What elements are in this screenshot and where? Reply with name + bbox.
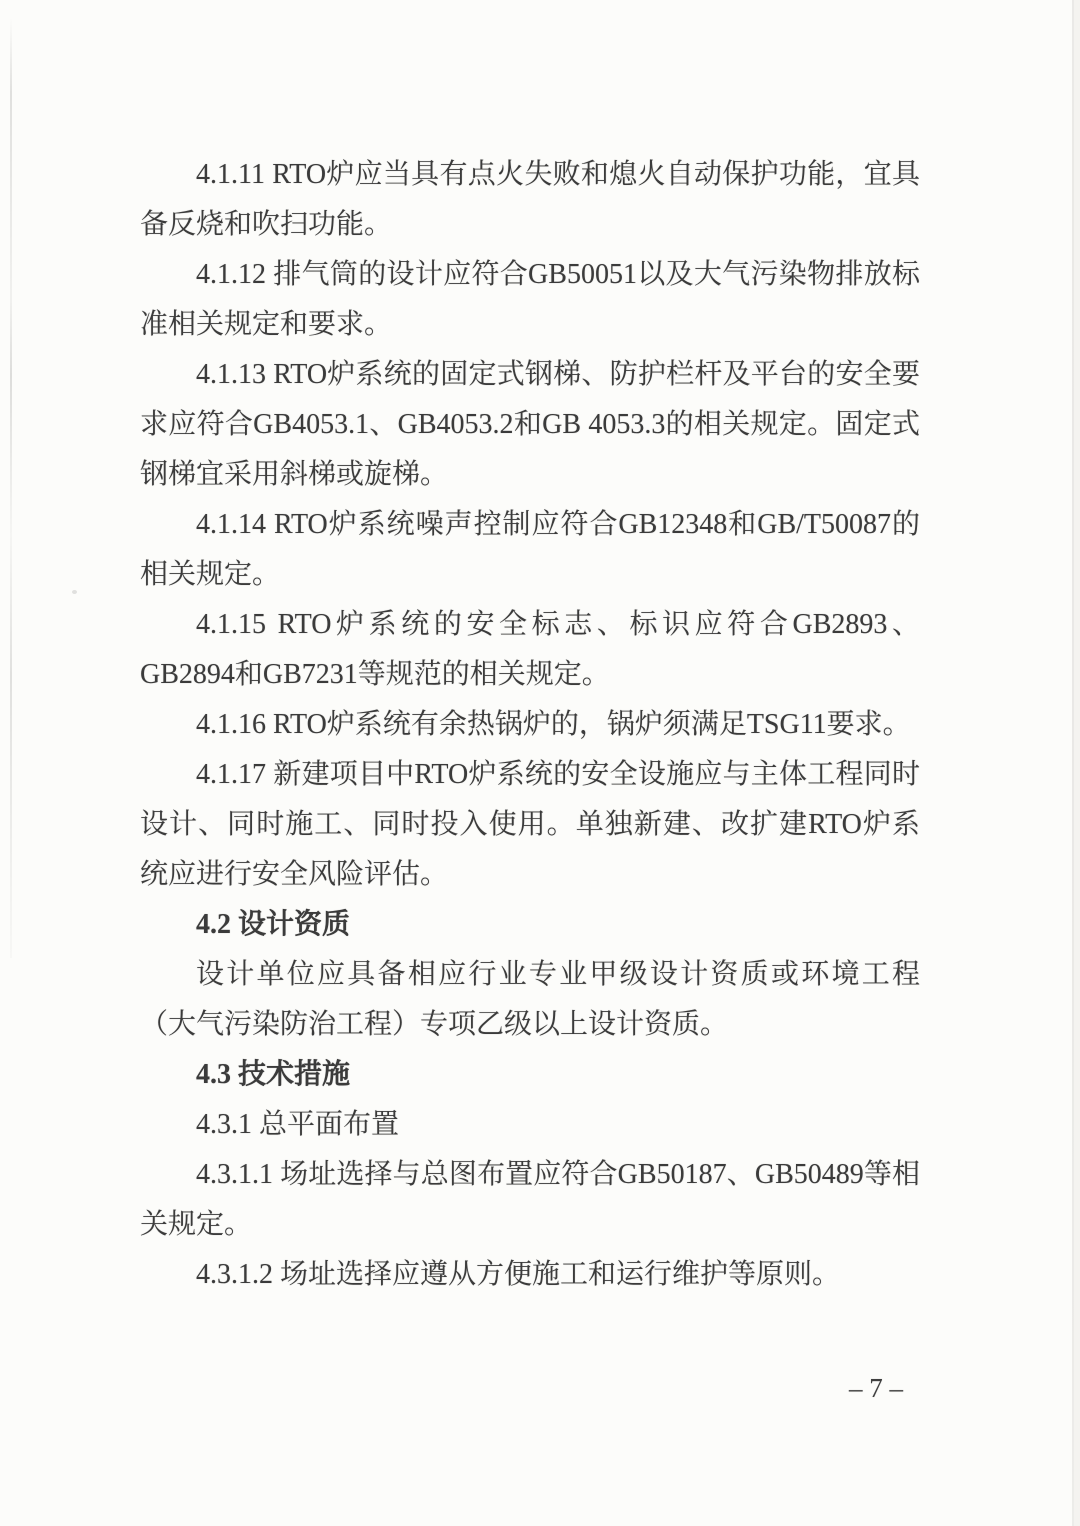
scan-artifact-left-line [10,18,12,958]
document-content: 4.1.11 RTO炉应当具有点火失败和熄火自动保护功能，宜具备反烧和吹扫功能。… [140,150,920,1300]
scan-artifact-right-line [1072,0,1074,1526]
paragraph-4-3-1-2: 4.3.1.2 场址选择应遵从方便施工和运行维护等原则。 [140,1250,920,1300]
paragraph-4-1-14: 4.1.14 RTO炉系统噪声控制应符合GB12348和GB/T50087的相关… [140,500,920,600]
paragraph-4-1-11: 4.1.11 RTO炉应当具有点火失败和熄火自动保护功能，宜具备反烧和吹扫功能。 [140,150,920,250]
paragraph-4-1-12: 4.1.12 排气筒的设计应符合GB50051以及大气污染物排放标准相关规定和要… [140,250,920,350]
scan-artifact-right-edge [1074,0,1080,1526]
paragraph-4-1-16: 4.1.16 RTO炉系统有余热锅炉的，锅炉须满足TSG11要求。 [140,700,920,750]
scan-artifact-smudge [72,590,77,594]
section-heading-4-3: 4.3 技术措施 [140,1050,920,1100]
paragraph-4-1-17: 4.1.17 新建项目中RTO炉系统的安全设施应与主体工程同时设计、同时施工、同… [140,750,920,900]
section-heading-4-2: 4.2 设计资质 [140,900,920,950]
paragraph-4-1-13: 4.1.13 RTO炉系统的固定式钢梯、防护栏杆及平台的安全要求应符合GB405… [140,350,920,500]
subsection-heading-4-3-1: 4.3.1 总平面布置 [140,1100,920,1150]
paragraph-4-1-15: 4.1.15 RTO炉系统的安全标志、标识应符合GB2893、GB2894和GB… [140,600,920,700]
page-number: – 7 – [849,1368,903,1408]
paragraph-design-qualification: 设计单位应具备相应行业专业甲级设计资质或环境工程（大气污染防治工程）专项乙级以上… [140,950,920,1050]
paragraph-4-3-1-1: 4.3.1.1 场址选择与总图布置应符合GB50187、GB50489等相关规定… [140,1150,920,1250]
document-page: { "document": { "paragraphs": [ { "id": … [0,0,1080,1526]
